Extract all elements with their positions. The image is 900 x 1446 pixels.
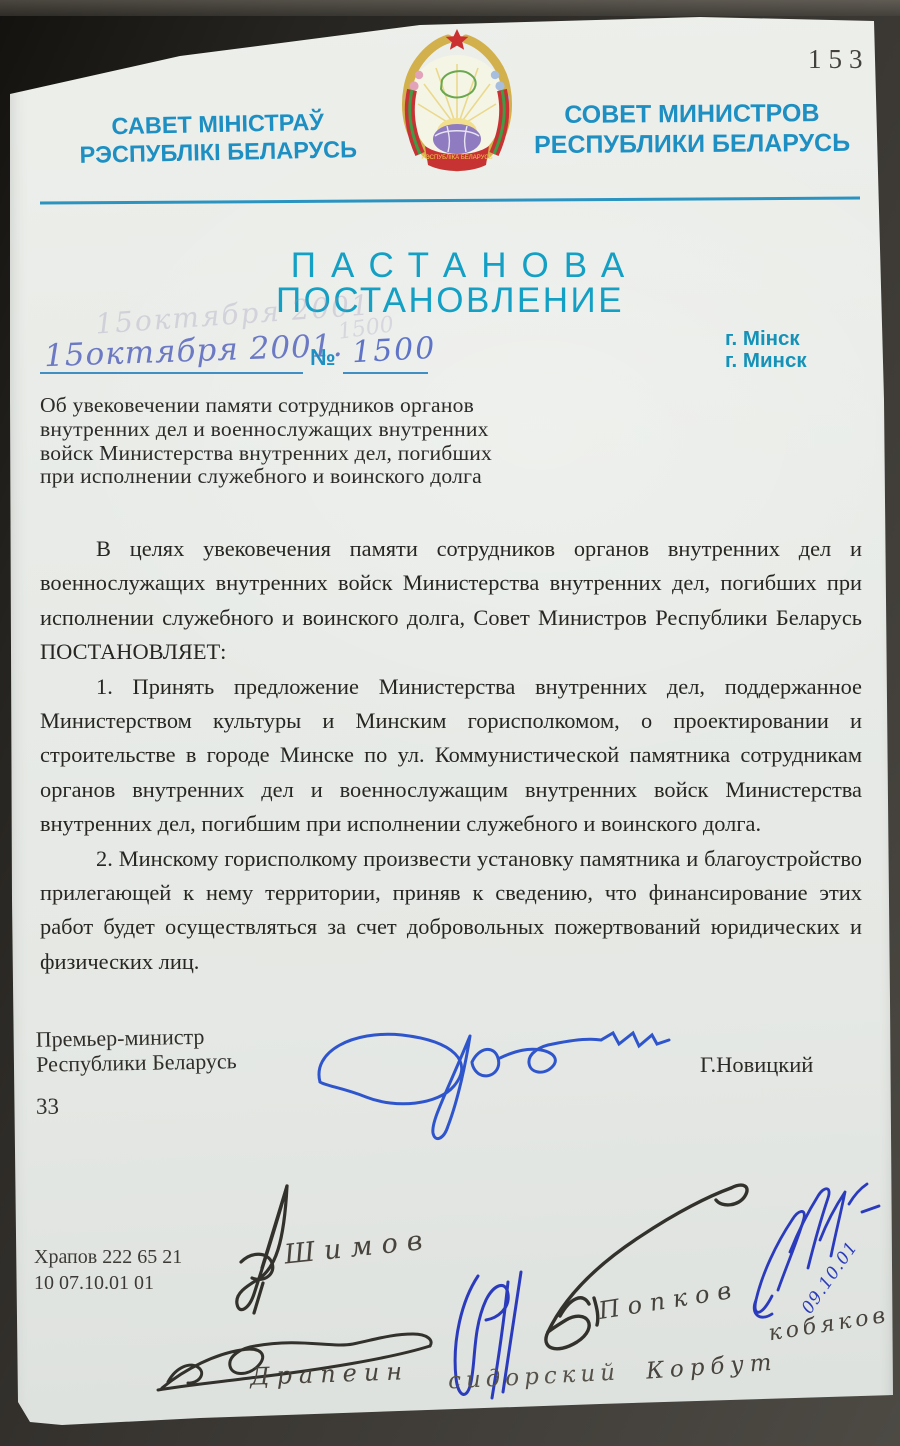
org-name-russian: СОВЕТ МИНИСТРОВ РЕСПУБЛИКИ БЕЛАРУСЬ bbox=[518, 98, 866, 160]
signer-title: Премьер-министр Республики Беларусь bbox=[36, 1024, 237, 1076]
city-russian: г. Минск bbox=[725, 349, 807, 373]
globe-icon bbox=[433, 124, 481, 154]
contact-name-phone: Храпов 222 65 21 bbox=[34, 1244, 182, 1270]
signer-name: Г.Новицкий bbox=[700, 1052, 813, 1078]
body-paragraph-1: 1. Принять предложение Министерства внут… bbox=[40, 670, 862, 842]
city-belarusian: г. Мінск bbox=[725, 327, 800, 351]
annotation-drapein: Драпеин bbox=[250, 1357, 410, 1391]
doc-title: Об увековечении памяти сотрудников орган… bbox=[40, 394, 600, 489]
doc-type-belarusian: ПАСТАНОВА bbox=[140, 246, 775, 286]
page-number-stamp: 153 bbox=[808, 44, 870, 75]
belarus-coat-of-arms: РЭСПУБЛІКА БЕЛАРУСЬ bbox=[390, 26, 524, 174]
copy-number: 33 bbox=[36, 1094, 59, 1120]
body-paragraph-preamble: В целях увековечения памяти сотрудников … bbox=[40, 532, 862, 670]
scan-artifact-top bbox=[0, 0, 900, 16]
scanned-decree-page: 153 РЭСПУБЛІКА БЕЛАРУСЬ САВЕТ МІНІСТРАЎ bbox=[0, 0, 900, 1446]
handwritten-number: 1500 bbox=[351, 331, 437, 370]
org-ru-line2: РЕСПУБЛИКИ БЕЛАРУСЬ bbox=[518, 128, 866, 160]
emblem-banner-text: РЭСПУБЛІКА БЕЛАРУСЬ bbox=[421, 155, 492, 161]
contact-block: Храпов 222 65 21 10 07.10.01 01 bbox=[34, 1244, 182, 1296]
org-ru-line1: СОВЕТ МИНИСТРОВ bbox=[518, 98, 866, 130]
contact-code: 10 07.10.01 01 bbox=[34, 1270, 182, 1296]
number-sign: № bbox=[310, 344, 336, 371]
red-star-icon bbox=[446, 29, 469, 50]
date-underline bbox=[40, 372, 303, 374]
body-paragraph-2: 2. Минскому горисполкому произвести уста… bbox=[40, 842, 862, 980]
org-name-belarusian: САВЕТ МІНІСТРАЎ РЭСПУБЛІКІ БЕЛАРУСЬ bbox=[57, 107, 378, 170]
number-underline bbox=[343, 372, 428, 374]
doc-body: В целях увековечения памяти сотрудников … bbox=[40, 532, 862, 979]
